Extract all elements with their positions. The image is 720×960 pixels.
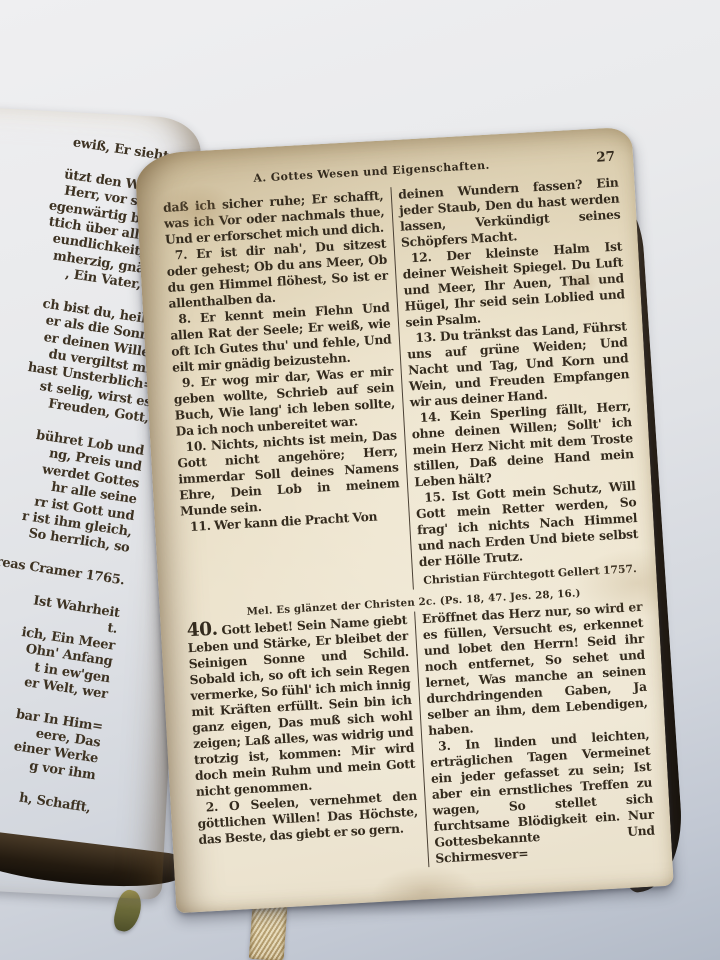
verse: 14. Kein Sperling fällt, Herr, ohne dein… (410, 398, 635, 490)
hymn-40-verse-1: 40. Gott lebet! Sein Name giebt Leben un… (186, 612, 416, 800)
hymn-previous-right-column: deinen Wundern fassen? Ein jeder Staub, … (390, 175, 641, 590)
verse: 10. Nichts, nichts ist mein, Das Gott ni… (176, 427, 401, 519)
verse: 3. In linden und leichten, erträglichen … (429, 727, 656, 867)
verse: Eröffnet das Herz nur, so wird er es fül… (422, 599, 649, 739)
hymn-previous-columns: daß ich sicher ruhe; Er schafft, was ich… (163, 175, 641, 603)
right-page-content: A. Gottes Wesen und Eigenschaften. 27 da… (161, 152, 657, 902)
right-page: A. Gottes Wesen und Eigenschaften. 27 da… (134, 127, 674, 914)
hymn-40-verse-1-text: Gott lebet! Sein Name giebt Leben und St… (187, 612, 415, 799)
page-number: 27 (596, 149, 616, 166)
hymn-40-left-column: 40. Gott lebet! Sein Name giebt Leben un… (186, 612, 427, 880)
verse: 13. Du tränkst das Land, Führst uns auf … (406, 318, 631, 410)
verse: 15. Ist Gott mein Schutz, Will Gott mein… (415, 478, 640, 570)
hymn-40-columns: 40. Gott lebet! Sein Name giebt Leben un… (186, 599, 656, 880)
hymn-previous-right-verses: deinen Wundern fassen? Ein jeder Staub, … (398, 175, 640, 571)
hymn-40-right-column: Eröffnet das Herz nur, so wird er es fül… (414, 599, 656, 867)
photo-of-open-hymnal: ewiß, Er sieht eserne.ützt den WeltbauHe… (0, 0, 720, 960)
verse: 12. Der kleinste Halm Ist deiner Weishei… (401, 238, 626, 330)
hymn-previous-left-column: daß ich sicher ruhe; Er schafft, was ich… (163, 187, 413, 602)
